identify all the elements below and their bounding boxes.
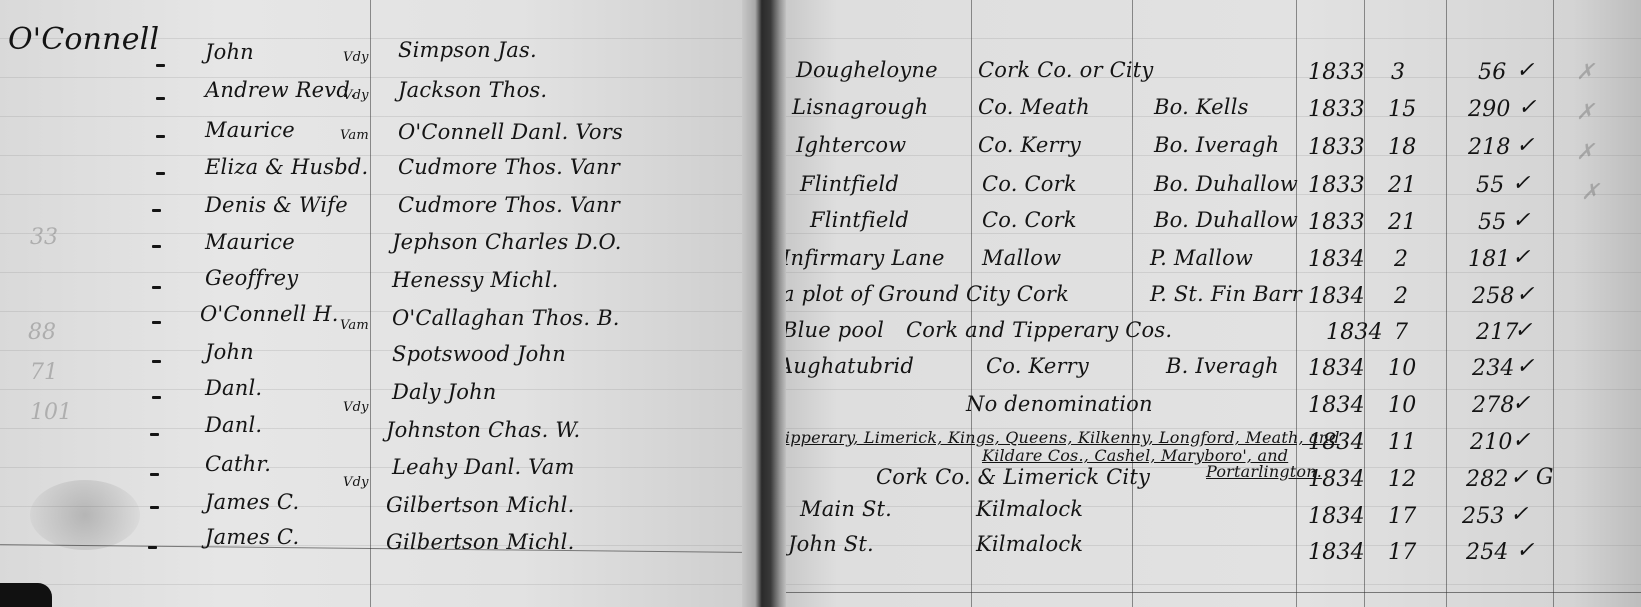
barony: P. Mallow bbox=[1150, 246, 1253, 270]
denomination: Ightercow bbox=[796, 133, 906, 157]
barony: P. St. Fin Barr bbox=[1150, 282, 1302, 306]
ditto-dash bbox=[156, 135, 165, 138]
counterparty-name: Cudmore Thos. Vanr bbox=[398, 155, 620, 179]
margin-mark: ✗ bbox=[1576, 140, 1594, 165]
year: 1834 bbox=[1308, 356, 1365, 381]
check-mark-icon: ✓ bbox=[1516, 133, 1535, 158]
check-mark-icon: ✓ bbox=[1512, 171, 1531, 196]
ditto-dash bbox=[152, 209, 161, 212]
county: Cork Co. or City bbox=[978, 58, 1154, 82]
deed-type-note: Vdy bbox=[343, 50, 369, 65]
year: 1833 bbox=[1308, 210, 1365, 235]
barony: Bo. Duhallow bbox=[1154, 172, 1298, 196]
year: 1834 bbox=[1326, 320, 1383, 345]
folio-number: 55 bbox=[1478, 210, 1506, 235]
ditto-dash bbox=[150, 473, 159, 476]
counterparty-name: O'Callaghan Thos. B. bbox=[392, 306, 620, 330]
counterparty-name: Jackson Thos. bbox=[398, 78, 547, 102]
counterparty-name: Jephson Charles D.O. bbox=[392, 230, 622, 254]
bottom-rule bbox=[786, 592, 1641, 593]
volume-number: 10 bbox=[1388, 356, 1416, 381]
ditto-dash bbox=[152, 360, 161, 363]
ditto-dash bbox=[152, 396, 161, 399]
folio-number: 290 bbox=[1468, 97, 1511, 122]
check-mark-icon: ✓ bbox=[1512, 245, 1531, 270]
county: No denomination bbox=[966, 392, 1153, 416]
given-name: Danl. bbox=[205, 413, 262, 437]
county: Co. Meath bbox=[978, 95, 1090, 119]
barony: B. Iveragh bbox=[1166, 354, 1279, 378]
given-name: John bbox=[205, 40, 254, 64]
volume-number: 2 bbox=[1394, 247, 1408, 272]
check-mark-icon: ✓ bbox=[1512, 428, 1531, 453]
given-name: Denis & Wife bbox=[205, 193, 348, 217]
given-name: John bbox=[205, 340, 254, 364]
county: City Cork bbox=[966, 282, 1069, 306]
denomination: Infirmary Lane bbox=[786, 246, 945, 270]
given-name: Danl. bbox=[205, 376, 262, 400]
ditto-dash bbox=[152, 286, 161, 289]
counterparty-name: Gilbertson Michl. bbox=[386, 530, 574, 554]
denomination: Flintfield bbox=[810, 208, 909, 232]
denomination: Dougheloyne bbox=[796, 58, 938, 82]
ditto-dash bbox=[156, 64, 165, 67]
ledger-spread: 33 88 71 101 O'Connell John Andrew Revd.… bbox=[0, 0, 1641, 607]
denomination: Main St. bbox=[800, 497, 892, 521]
counterparty-name: Henessy Michl. bbox=[392, 268, 558, 292]
denomination: Lisnagrough bbox=[792, 95, 928, 119]
deed-type-note: Vdy bbox=[343, 88, 369, 103]
deed-type-note: Vam bbox=[340, 318, 369, 333]
denomination: John St. bbox=[788, 532, 874, 556]
deed-type-note: Vdy bbox=[343, 475, 369, 490]
margin-mark: ✗ bbox=[1576, 100, 1594, 125]
folio-number: 210 bbox=[1470, 430, 1513, 455]
check-mark-icon: ✓ bbox=[1516, 538, 1535, 563]
volume-number: 2 bbox=[1394, 284, 1408, 309]
volume-number: 21 bbox=[1388, 173, 1416, 198]
page-corner-shadow bbox=[0, 583, 52, 607]
bleed-through-text: 71 bbox=[30, 360, 58, 385]
bleed-through-text: 101 bbox=[30, 400, 72, 425]
bleed-through-text: 88 bbox=[28, 320, 56, 345]
volume-number: 17 bbox=[1388, 504, 1416, 529]
counterparty-name: Leahy Danl. Vam bbox=[392, 455, 575, 479]
volume-number: 17 bbox=[1388, 540, 1416, 565]
county: Co. Kerry bbox=[978, 133, 1081, 157]
ditto-dash bbox=[150, 506, 159, 509]
denomination: Aughatubrid bbox=[786, 354, 914, 378]
check-mark-icon: ✓ bbox=[1512, 208, 1531, 233]
volume-number: 18 bbox=[1388, 135, 1416, 160]
counterparty-name: Spotswood John bbox=[392, 342, 566, 366]
check-mark-icon: ✓ bbox=[1514, 318, 1533, 343]
folio-number: 55 bbox=[1476, 173, 1504, 198]
year: 1834 bbox=[1308, 430, 1365, 455]
denomination: a plot of Ground bbox=[786, 282, 959, 306]
folio-number: 217 bbox=[1476, 320, 1519, 345]
county: Mallow bbox=[982, 246, 1061, 270]
check-mark-icon: ✓ bbox=[1510, 502, 1529, 527]
county: Kilmalock bbox=[976, 532, 1083, 556]
denomination: Blue pool bbox=[786, 318, 884, 342]
county: Kilmalock bbox=[976, 497, 1083, 521]
book-gutter bbox=[742, 0, 786, 607]
given-name: Andrew Revd. bbox=[205, 78, 357, 102]
volume-number: 10 bbox=[1388, 393, 1416, 418]
check-mark-icon: ✓ bbox=[1512, 391, 1531, 416]
folio-number: 254 bbox=[1466, 540, 1509, 565]
county: Co. Cork bbox=[982, 172, 1077, 196]
check-mark-icon: ✓ bbox=[1516, 354, 1535, 379]
ditto-dash bbox=[156, 97, 165, 100]
barony: Bo. Iveragh bbox=[1154, 133, 1279, 157]
counterparty-name: Simpson Jas. bbox=[398, 38, 537, 62]
surname-heading: O'Connell bbox=[8, 22, 159, 57]
folio-number: 181 bbox=[1468, 247, 1511, 272]
right-page: Dougheloyne Lisnagrough Ightercow Flintf… bbox=[786, 0, 1641, 607]
counties-note-line-3: Portarlington. bbox=[1206, 462, 1322, 481]
volume-number: 7 bbox=[1394, 320, 1408, 345]
given-name: Eliza & Husbd. bbox=[205, 155, 368, 179]
year: 1833 bbox=[1308, 173, 1365, 198]
check-mark-icon: ✓ bbox=[1516, 58, 1535, 83]
folio-number: 258 bbox=[1472, 284, 1515, 309]
folio-number: 56 bbox=[1478, 60, 1506, 85]
margin-mark: ✗ bbox=[1576, 60, 1594, 85]
folio-number: 282 bbox=[1466, 467, 1509, 492]
counties-note-line-1: Tipperary, Limerick, Kings, Queens, Kilk… bbox=[786, 428, 1340, 447]
volume-number: 21 bbox=[1388, 210, 1416, 235]
check-mark-icon: ✓ G bbox=[1510, 465, 1554, 490]
year: 1834 bbox=[1308, 540, 1365, 565]
volume-number: 12 bbox=[1388, 467, 1416, 492]
deed-type-note: Vam bbox=[340, 128, 369, 143]
denomination: Flintfield bbox=[800, 172, 899, 196]
given-name: Maurice bbox=[205, 230, 295, 254]
check-mark-icon: ✓ bbox=[1516, 282, 1535, 307]
county: Cork Co. & Limerick City bbox=[876, 465, 1150, 489]
given-name: Maurice bbox=[205, 118, 295, 142]
check-mark-icon: ✓ bbox=[1518, 95, 1537, 120]
year: 1834 bbox=[1308, 247, 1365, 272]
counterparty-name: Daly John bbox=[392, 380, 497, 404]
folio-number: 218 bbox=[1468, 135, 1511, 160]
deed-type-note: Vdy bbox=[343, 400, 369, 415]
counterparty-name: O'Connell Danl. Vors bbox=[398, 120, 623, 144]
given-name: Geoffrey bbox=[205, 266, 298, 290]
year: 1834 bbox=[1308, 467, 1365, 492]
county: Co. Cork bbox=[982, 208, 1077, 232]
column-rule bbox=[370, 0, 371, 607]
given-name: James C. bbox=[205, 525, 299, 549]
ditto-dash bbox=[156, 172, 165, 175]
year: 1833 bbox=[1308, 97, 1365, 122]
ditto-dash bbox=[152, 321, 161, 324]
folio-number: 278 bbox=[1472, 393, 1515, 418]
ditto-dash bbox=[150, 433, 159, 436]
barony: Bo. Kells bbox=[1154, 95, 1249, 119]
county: Cork and Tipperary Cos. bbox=[906, 318, 1172, 342]
volume-number: 15 bbox=[1388, 97, 1416, 122]
volume-number: 3 bbox=[1391, 60, 1405, 85]
year: 1834 bbox=[1308, 284, 1365, 309]
ditto-dash bbox=[148, 546, 157, 549]
column-rule bbox=[1446, 0, 1447, 607]
year: 1833 bbox=[1308, 135, 1365, 160]
margin-mark: ✗ bbox=[1581, 180, 1599, 205]
counterparty-name: Gilbertson Michl. bbox=[386, 493, 574, 517]
counterparty-name: Johnston Chas. W. bbox=[386, 418, 580, 442]
page-stain bbox=[30, 480, 140, 550]
column-rule bbox=[1553, 0, 1554, 607]
volume-number: 11 bbox=[1388, 430, 1416, 455]
ditto-dash bbox=[152, 245, 161, 248]
folio-number: 253 bbox=[1462, 504, 1505, 529]
barony: Bo. Duhallow bbox=[1154, 208, 1298, 232]
counterparty-name: Cudmore Thos. Vanr bbox=[398, 193, 620, 217]
folio-number: 234 bbox=[1472, 356, 1515, 381]
year: 1834 bbox=[1308, 504, 1365, 529]
given-name: Cathr. bbox=[205, 452, 271, 476]
bleed-through-text: 33 bbox=[30, 225, 58, 250]
year: 1833 bbox=[1308, 60, 1365, 85]
column-rule bbox=[1132, 0, 1133, 607]
given-name: James C. bbox=[205, 490, 299, 514]
county: Co. Kerry bbox=[986, 354, 1089, 378]
given-name: O'Connell H. bbox=[200, 302, 339, 326]
left-page: 33 88 71 101 O'Connell John Andrew Revd.… bbox=[0, 0, 742, 607]
year: 1834 bbox=[1308, 393, 1365, 418]
